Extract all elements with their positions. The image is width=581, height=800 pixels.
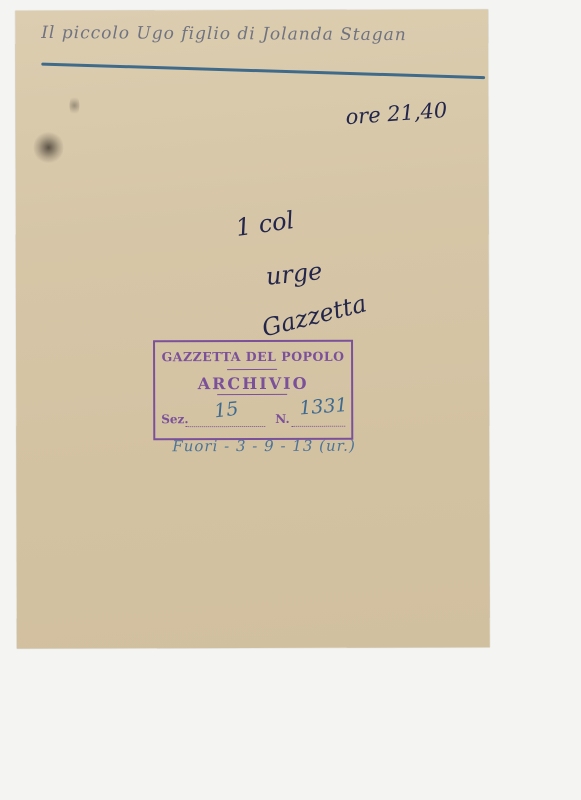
stamp-subtitle: ARCHIVIO: [155, 374, 351, 394]
editor-note-column: 1 col: [234, 206, 296, 242]
date-note: Fuori - 3 - 9 - 13 (ur.): [172, 437, 356, 455]
stamp-rule: [217, 394, 287, 395]
stamp-title: GAZZETTA DEL POPOLO: [155, 349, 351, 365]
stain-mark: [33, 130, 63, 164]
pencil-caption: Il piccolo Ugo figlio di Jolanda Stagan: [41, 23, 407, 45]
stamp-n-value: 1331: [298, 394, 348, 419]
photo-back-paper: Il piccolo Ugo figlio di Jolanda Stagan …: [15, 9, 490, 648]
blue-crayon-line: [41, 63, 485, 80]
stamp-rule: [227, 369, 277, 370]
time-note: ore 21,40: [345, 98, 448, 129]
stamp-n-label: N.: [275, 412, 289, 426]
stamp-dotted-line: [185, 426, 265, 427]
editor-note-urgent: urge: [265, 257, 324, 291]
stain-mark: [69, 94, 79, 116]
editor-note-publication: Gazzetta: [259, 289, 369, 342]
stamp-sez-label: Sez.: [161, 412, 188, 426]
stamp-sez-value: 15: [213, 398, 239, 422]
stamp-dotted-line: [291, 426, 345, 427]
archive-stamp: GAZZETTA DEL POPOLO ARCHIVIO Sez. N.: [153, 340, 353, 441]
